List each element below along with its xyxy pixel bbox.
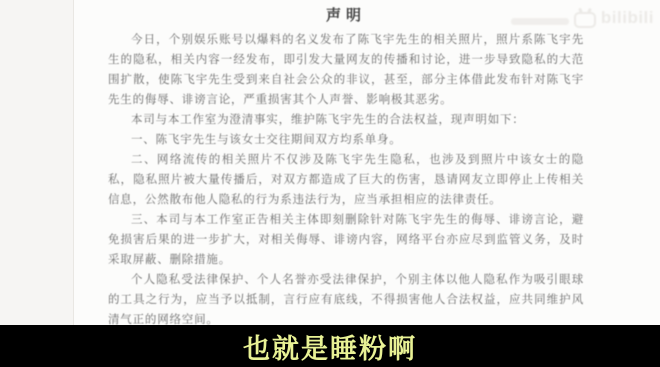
statement-paragraph-2: 本司与本工作室为澄清事实，维护陈飞宇先生的合法权益，现声明如下： bbox=[108, 110, 584, 130]
bilibili-watermark-label: bilibili bbox=[601, 8, 654, 28]
statement-paragraph-4: 二、网络流传的相关照片不仅涉及陈飞宇先生隐私，也涉及到照片中该女士的隐私，隐私照… bbox=[108, 150, 584, 210]
statement-body: 今日，个别娱乐账号以爆料的名义发布了陈飞宇先生的相关照片，照片系陈飞宇先生的隐私… bbox=[108, 30, 584, 330]
video-frame[interactable]: bilibili 声明 今日，个别娱乐账号以爆料的名义发布了陈飞宇先生的相关照片… bbox=[0, 0, 660, 367]
statement-paragraph-1: 今日，个别娱乐账号以爆料的名义发布了陈飞宇先生的相关照片，照片系陈飞宇先生的隐私… bbox=[108, 30, 584, 110]
statement-paragraph-3: 一、陈飞宇先生与该女士交往期间双方均系单身。 bbox=[108, 130, 584, 150]
scanned-page-margin bbox=[0, 0, 73, 325]
letterbox-bar: 也就是睡粉啊 bbox=[0, 325, 660, 367]
page-edge-line bbox=[73, 0, 74, 325]
statement-document: 声明 今日，个别娱乐账号以爆料的名义发布了陈飞宇先生的相关照片，照片系陈飞宇先生… bbox=[108, 4, 584, 330]
video-subtitle: 也就是睡粉啊 bbox=[243, 327, 417, 366]
statement-title: 声明 bbox=[108, 4, 584, 25]
statement-paragraph-6: 个人隐私受法律保护、个人名誉亦受法律保护，个别主体以他人隐私作为吸引眼球的工具之… bbox=[108, 270, 584, 330]
statement-paragraph-5: 三、本司与本工作室正告相关主体即刻删除针对陈飞宇先生的侮辱、诽谤言论，避免损害后… bbox=[108, 210, 584, 270]
